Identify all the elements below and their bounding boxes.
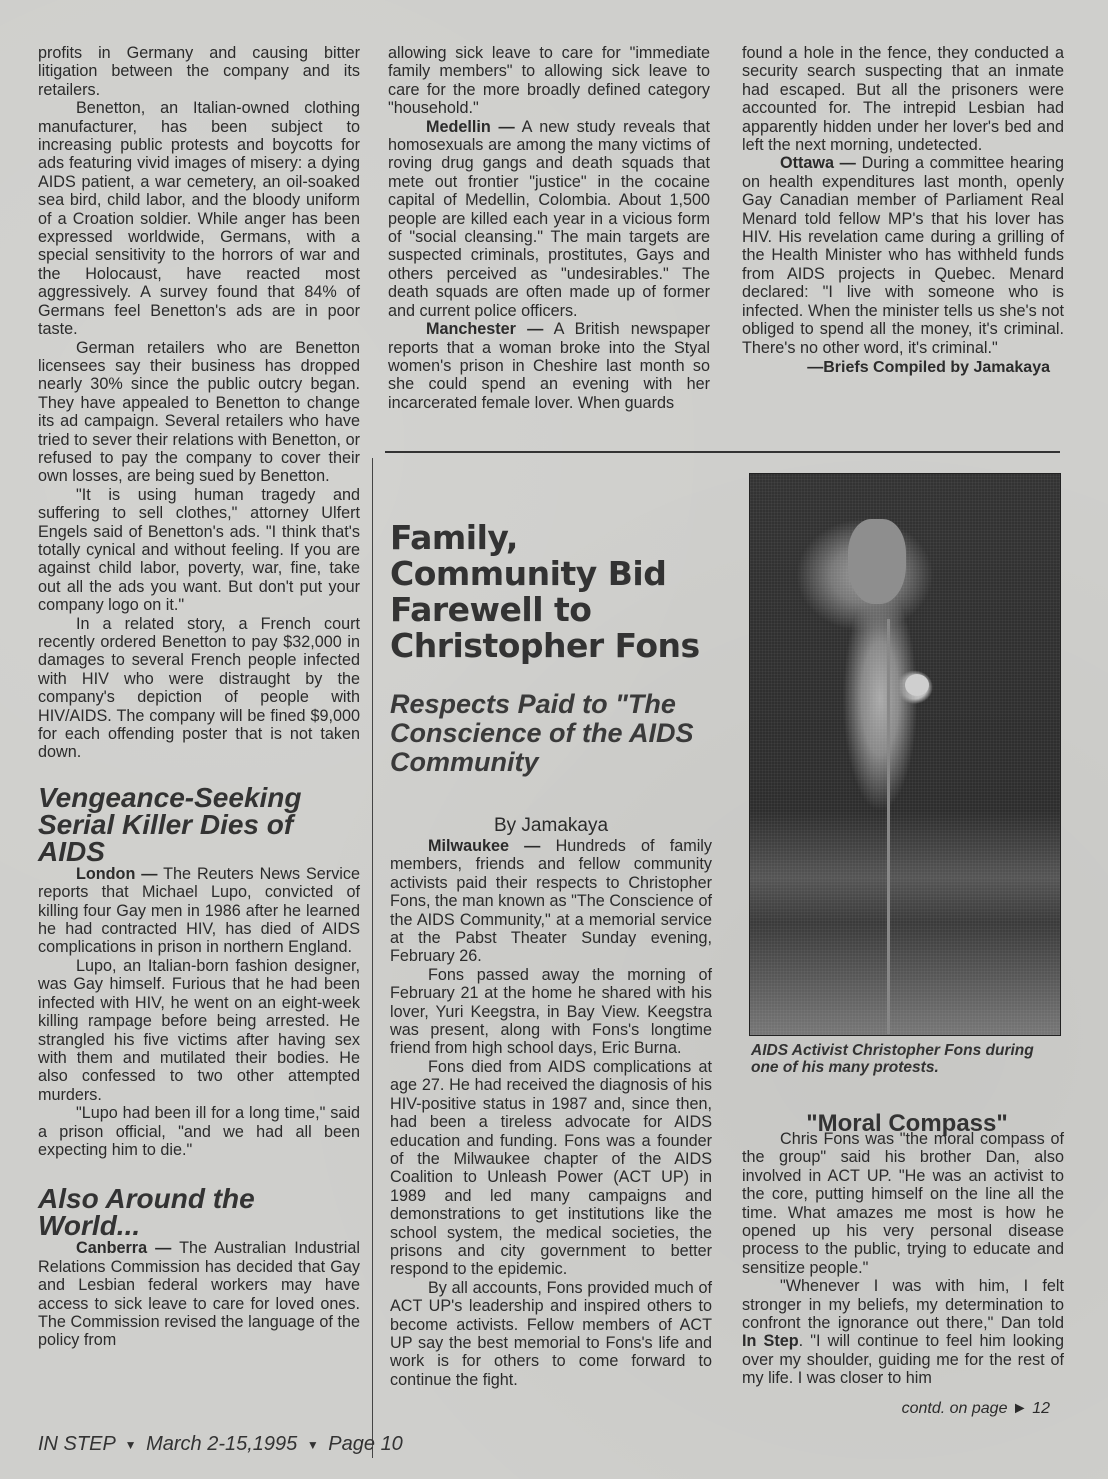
photo-caption: AIDS Activist Christopher Fons during on…: [751, 1042, 1063, 1076]
feature-headline: Family, Community Bid Farewell to Christ…: [390, 520, 712, 664]
briefs-signoff: —Briefs Compiled by Jamakaya: [742, 359, 1064, 377]
triangle-separator-icon: ▼: [303, 1438, 323, 1452]
sidebar-text: Chris Fons was "the moral compass of the…: [742, 1130, 1064, 1388]
paragraph: found a hole in the fence, they conducte…: [742, 44, 1064, 154]
paragraph: "It is using human tragedy and suffering…: [38, 486, 360, 615]
feature-subheadline: Respects Paid to "The Conscience of the …: [390, 690, 712, 777]
page-number: Page 10: [328, 1433, 403, 1455]
byline: By Jamakaya: [390, 815, 712, 837]
issue-date: March 2-15,1995: [146, 1433, 297, 1455]
column-divider: [372, 458, 373, 1458]
paragraph: Fons died from AIDS complications at age…: [390, 1058, 712, 1279]
paragraph: By all accounts, Fons provided much of A…: [390, 1279, 712, 1389]
column-2-top: allowing sick leave to care for "immedia…: [388, 44, 710, 412]
paragraph: German retailers who are Benetton licens…: [38, 339, 360, 486]
around-world-headline: Also Around the World...: [38, 1185, 360, 1239]
column-3-bottom: AIDS Activist Christopher Fons during on…: [751, 1042, 1063, 1138]
benetton-story: profits in Germany and causing bitter li…: [38, 44, 360, 762]
dateline: Ottawa —: [780, 154, 856, 172]
column-3-top: found a hole in the fence, they conducte…: [742, 44, 1064, 377]
paragraph: Fons passed away the morning of February…: [390, 966, 712, 1058]
moral-compass-body: Chris Fons was "the moral compass of the…: [742, 1130, 1064, 1418]
paragraph: A new study reveals that homosexuals are…: [388, 118, 710, 320]
paragraph: "Lupo had been ill for a long time," sai…: [38, 1104, 360, 1159]
publication-name: IN STEP: [38, 1433, 115, 1455]
briefs-continued: allowing sick leave to care for "immedia…: [388, 44, 710, 412]
dateline: London —: [76, 865, 157, 883]
paragraph: allowing sick leave to care for "immedia…: [388, 44, 710, 118]
page-footer: IN STEP ▼ March 2-15,1995 ▼ Page 10: [38, 1433, 403, 1456]
microphone-stand: [887, 619, 890, 1034]
dateline: Manchester —: [426, 320, 543, 338]
feature-article: Family, Community Bid Farewell to Christ…: [390, 520, 712, 1389]
paragraph: In a related story, a French court recen…: [38, 615, 360, 762]
paragraph: profits in Germany and causing bitter li…: [38, 44, 360, 99]
feature-body: Milwaukee — Hundreds of family members, …: [390, 837, 712, 1389]
briefs-continued-2: found a hole in the fence, they conducte…: [742, 44, 1064, 357]
paragraph: Hundreds of family members, friends and …: [390, 837, 712, 965]
continued-link[interactable]: contd. on page ► 12: [742, 1400, 1064, 1418]
photo-face: [848, 519, 906, 604]
dateline: Canberra —: [76, 1239, 171, 1257]
paragraph: Lupo, an Italian-born fashion designer, …: [38, 957, 360, 1104]
publication-name: In Step: [742, 1332, 799, 1350]
paragraph: Benetton, an Italian-owned clothing manu…: [38, 99, 360, 338]
button-pin: [905, 674, 929, 696]
canberra-story: Canberra — The Australian Industrial Rel…: [38, 1239, 360, 1349]
serial-killer-story: London — The Reuters News Service report…: [38, 865, 360, 1160]
dateline: Medellin —: [426, 118, 515, 136]
paragraph: "Whenever I was with him, I felt stronge…: [742, 1277, 1064, 1332]
triangle-separator-icon: ▼: [121, 1438, 141, 1452]
serial-killer-headline: Vengeance-Seeking Serial Killer Dies of …: [38, 784, 360, 865]
horizontal-rule: [385, 451, 1060, 453]
christopher-fons-photo: [749, 473, 1061, 1036]
paragraph: Chris Fons was "the moral compass of the…: [742, 1130, 1064, 1277]
dateline: Milwaukee —: [428, 837, 540, 855]
paragraph: During a committee hearing on health exp…: [742, 154, 1064, 356]
column-1: profits in Germany and causing bitter li…: [38, 44, 360, 1350]
